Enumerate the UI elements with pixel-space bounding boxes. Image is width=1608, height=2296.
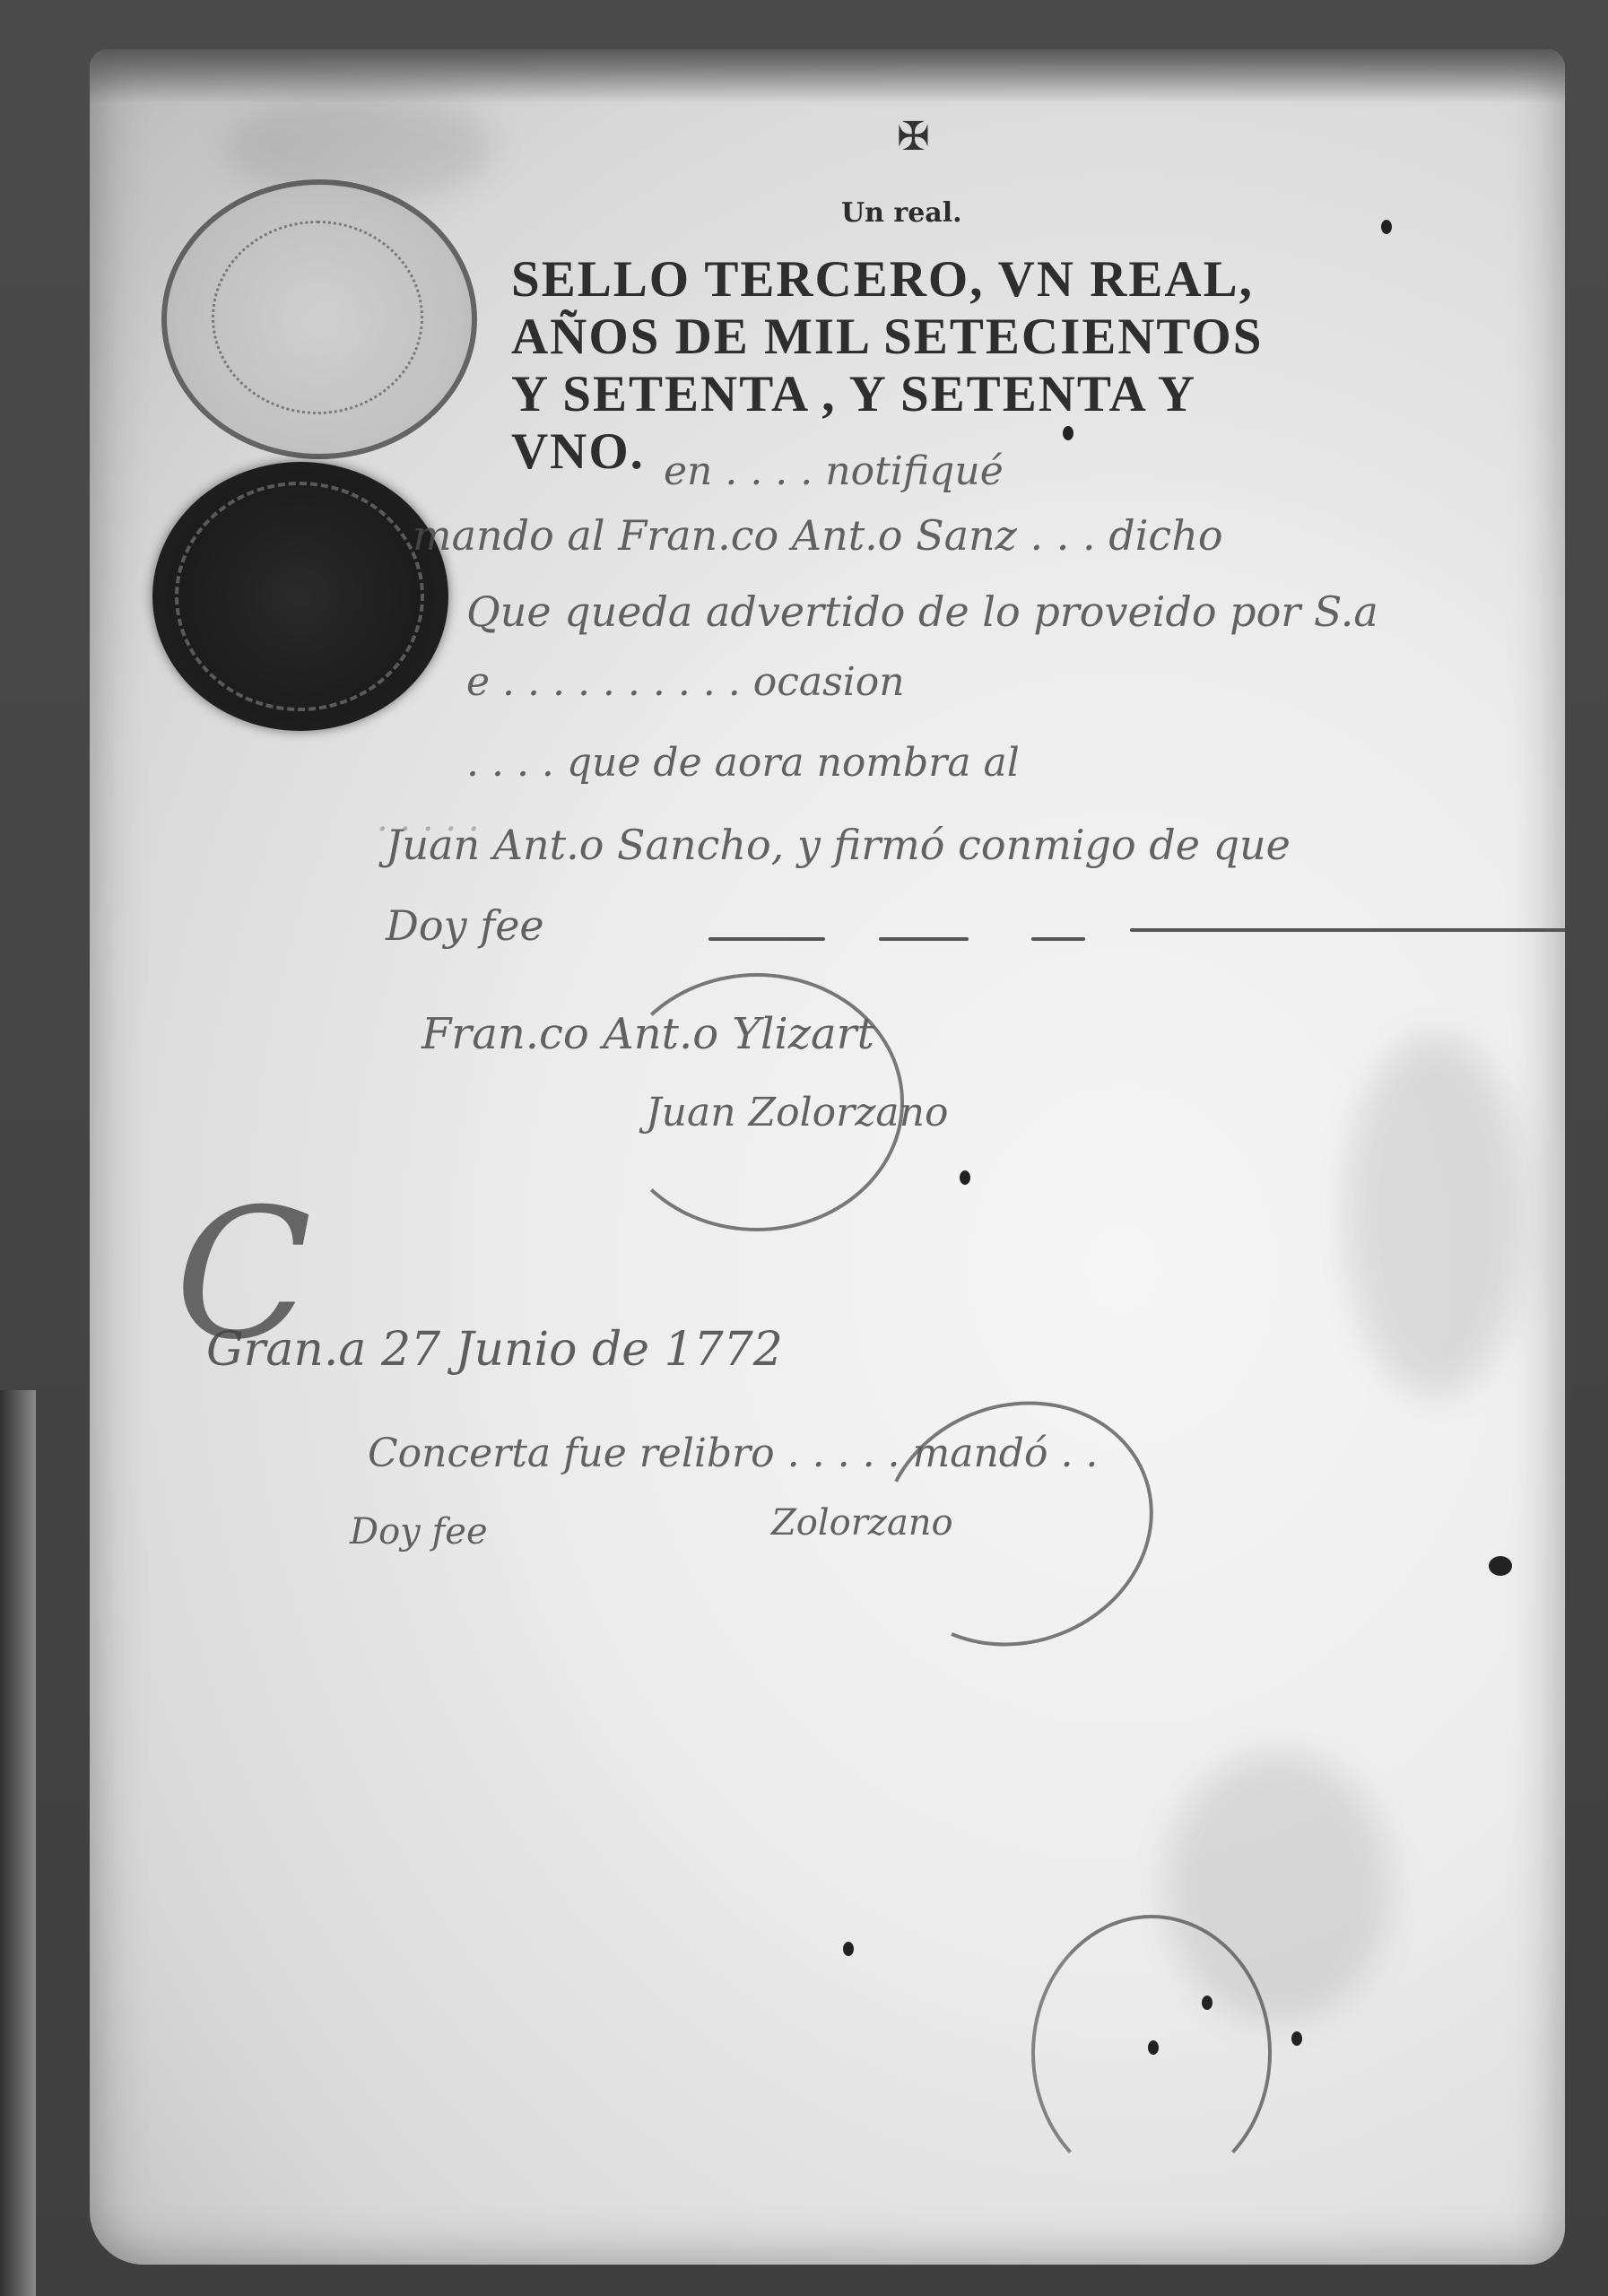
divider-line [879, 937, 969, 941]
header-line: SELLO TERCERO, VN REAL, [511, 251, 1462, 309]
handwritten-line: Que queda advertido de lo proveido por S… [466, 587, 1378, 636]
divider-line [1130, 928, 1565, 932]
wax-seal-icon [152, 462, 448, 731]
divider-line [1031, 937, 1085, 941]
attestation-doy-fee: Doy fee [386, 901, 544, 950]
torn-top-edge [90, 49, 1565, 103]
handwritten-line: mando al Fran.co Ant.o Sanz . . . dicho [413, 511, 1223, 560]
closing-doy-fee: Doy fee [350, 1511, 488, 1552]
handwritten-line: . . . . que de aora nombra al [466, 740, 1020, 786]
notary-rubric-icon [846, 1363, 1187, 1683]
handwritten-line: en . . . . notifiqué [664, 448, 1004, 494]
header-line: AÑOS DE MIL SETECIENTOS [511, 309, 1462, 366]
ink-spot [1148, 2040, 1159, 2055]
place-date: Gran.a 27 Junio de 1772 [206, 1323, 783, 1377]
ink-spot [1291, 2031, 1302, 2046]
printed-stamp-header: SELLO TERCERO, VN REAL, AÑOS DE MIL SETE… [511, 251, 1462, 481]
handwritten-line: Juan Ant.o Sancho, y firmó conmigo de qu… [386, 821, 1291, 869]
ink-spot [1063, 426, 1073, 440]
ink-spot [843, 1942, 854, 1956]
paper-stain [1345, 1036, 1525, 1395]
ink-spot [1202, 1996, 1213, 2010]
ink-spot [1489, 1556, 1512, 1576]
handwritten-line: e . . . . . . . . . . ocasion [466, 659, 905, 705]
manuscript-page: ✠ Un real. SELLO TERCERO, VN REAL, AÑOS … [90, 49, 1565, 2265]
header-line: VNO. [511, 423, 645, 481]
ink-spot [1381, 220, 1392, 234]
header-line: Y SETENTA , Y SETENTA Y [511, 366, 1462, 423]
folded-page-edge [0, 1390, 36, 2296]
stamp-value-label: Un real. [841, 197, 962, 229]
ink-spot [960, 1170, 970, 1185]
cross-mark-icon: ✠ [897, 114, 930, 160]
royal-stamp-seal-icon [161, 179, 477, 459]
divider-line [708, 937, 825, 941]
signature-rubric-icon [610, 973, 904, 1231]
